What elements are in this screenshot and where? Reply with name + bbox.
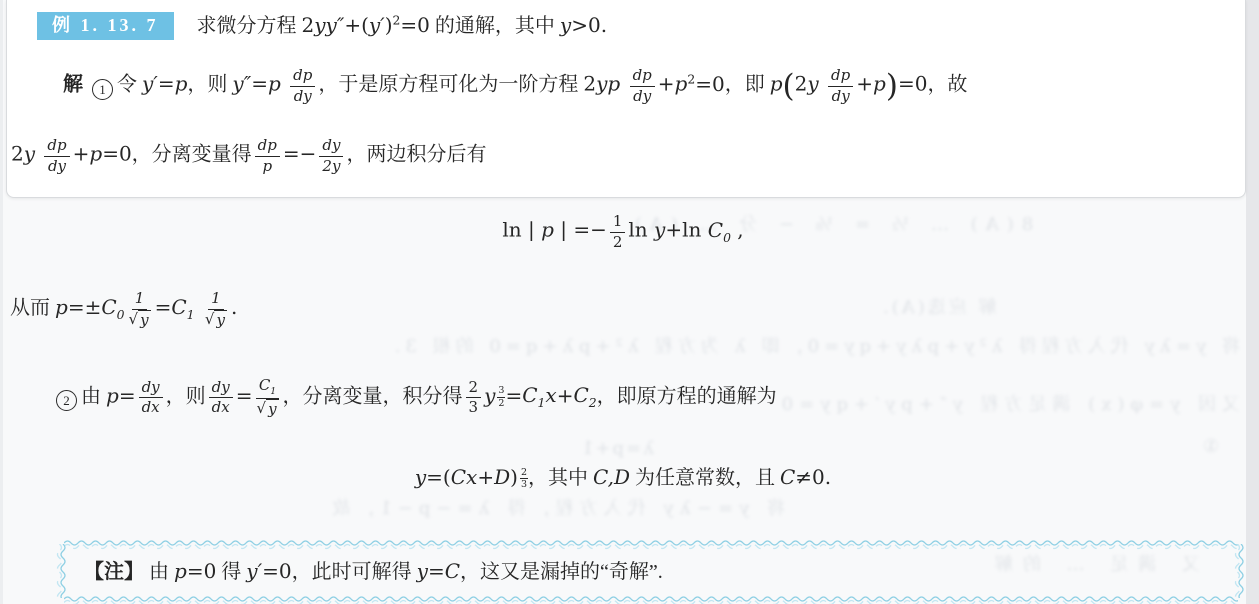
solution-step2-line: 2由 p=dydx，则dydx=C1√y，分离变量，积分得23y32=C1x+C…: [52, 376, 777, 420]
note-border-wave-bottom: [64, 590, 1238, 602]
bleedthrough-text: 将 y=λy 代入方程得 λ²y+pλy+qy=0，即 λ 为方程 λ²+pλ+…: [80, 332, 1240, 358]
problem-line: 例 1. 13. 7 求微分方程 2yy″+(y′)2=0 的通解，其中 y>0…: [37, 11, 607, 41]
page-left-edge: [0, 0, 3, 604]
display-equation-1: ln | p | =−12ln y+ln C0 ,: [0, 212, 1246, 252]
bleedthrough-text: λ=p+1: [580, 438, 655, 459]
solution-step1-line2: 2y dpdy+p=0，分离变量得dpp=−dy2y，两边积分后有: [11, 136, 486, 176]
bleedthrough-text: 解 应选(A).: [880, 293, 997, 319]
note-text: 【注】 由 p=0 得 y′=0，此时可解得 y=C，这又是漏掉的“奇解”.: [84, 555, 663, 584]
bleedthrough-text: ①: [1203, 436, 1219, 457]
problem-statement: 求微分方程 2yy″+(y′)2=0 的通解，其中 y>0.: [197, 11, 608, 41]
note-border-wave-left: [55, 539, 67, 593]
example-header-card: 例 1. 13. 7 求微分方程 2yy″+(y′)2=0 的通解，其中 y>0…: [6, 0, 1246, 198]
bleedthrough-text: 将 y=−λy 代入方程，得 λ=−p−1，故: [55, 494, 785, 520]
solution-step1-line1: 解 1令 y′=p，则 y″=p dpdy，于是原方程可化为一阶方程 2yp d…: [63, 66, 967, 106]
textbook-page: 8(A) … ½ = ⅛ − 分 … (A) 解 应选(A). 将 y=λy 代…: [0, 0, 1259, 604]
note-border-wave-right: [1233, 539, 1245, 593]
display-equation-2: y=(Cx+D)23，其中 C,D 为任意常数，且 C≠0.: [0, 463, 1246, 493]
note-border-wave-top: [64, 534, 1238, 546]
example-badge: 例 1. 13. 7: [37, 12, 174, 40]
page-right-edge-strip: [1246, 0, 1259, 604]
solution-step1-result: 从而 p=±C01√y=C1 1√y.: [10, 289, 237, 330]
note-box: 【注】 由 p=0 得 y′=0，此时可解得 y=C，这又是漏掉的“奇解”.: [58, 531, 1244, 604]
